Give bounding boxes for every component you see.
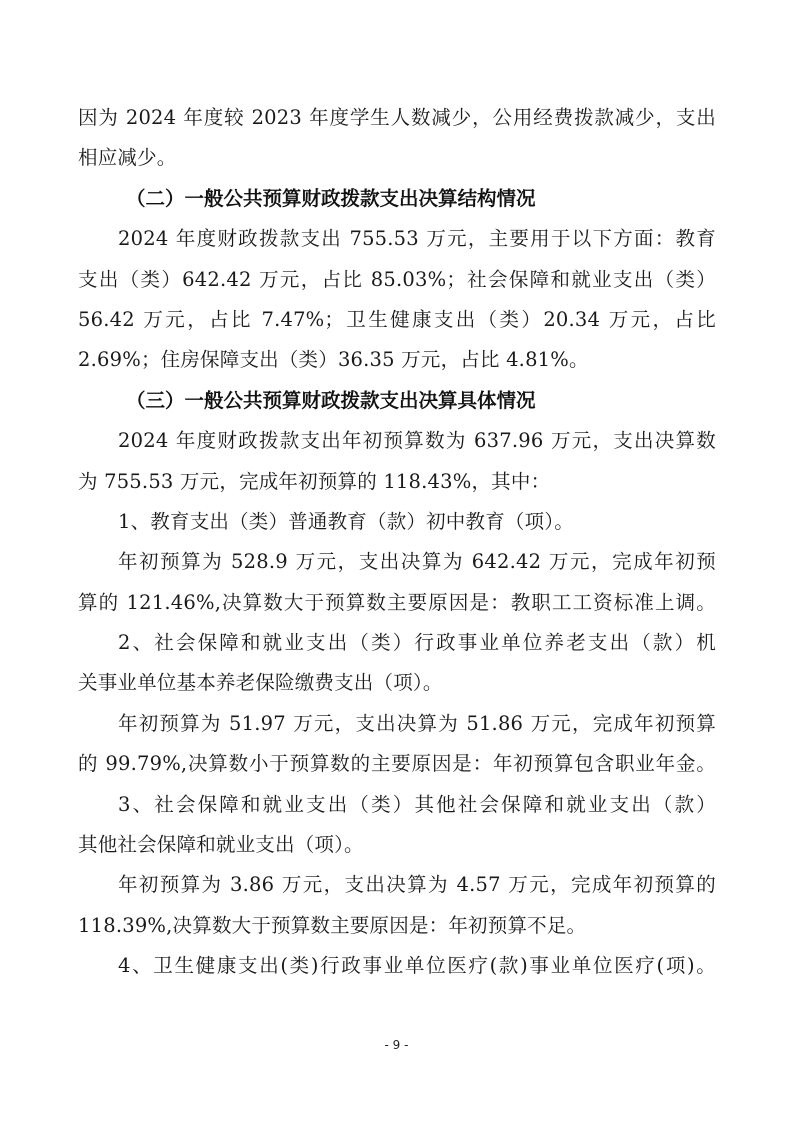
item-title: 2、社会保障和就业支出（类）行政事业单位养老支出（款）机 [78,623,716,663]
item-detail: 年初预算为 528.9 万元，支出决算为 642.42 万元，完成年初预 [78,542,716,582]
item-detail: 的 99.79%,决算数小于预算数的主要原因是：年初预算包含职业年金。 [78,744,716,784]
page-number: - 9 - [0,1038,793,1052]
paragraph-line: 因为 2024 年度较 2023 年度学生人数减少，公用经费拨款减少，支出 [78,98,716,138]
paragraph-line: 2024 年度财政拨款支出年初预算数为 637.96 万元，支出决算数 [78,421,716,461]
paragraph-line: 2024 年度财政拨款支出 755.53 万元，主要用于以下方面：教育 [78,219,716,259]
item-detail: 年初预算为 51.97 万元，支出决算为 51.86 万元，完成年初预算 [78,704,716,744]
item-title: 1、教育支出（类）普通教育（款）初中教育（项）。 [78,502,716,542]
item-title: 关事业单位基本养老保险缴费支出（项）。 [78,663,716,703]
item-title: 其他社会保障和就业支出（项）。 [78,825,716,865]
item-detail: 算的 121.46%,决算数大于预算数主要原因是：教职工工资标准上调。 [78,583,716,623]
section-heading-3: （三）一般公共预算财政拨款支出决算具体情况 [78,381,716,421]
document-page: 因为 2024 年度较 2023 年度学生人数减少，公用经费拨款减少，支出 相应… [78,98,716,987]
paragraph-line: 2.69%；住房保障支出（类）36.35 万元，占比 4.81%。 [78,340,716,380]
section-heading-2: （二）一般公共预算财政拨款支出决算结构情况 [78,179,716,219]
item-detail: 118.39%,决算数大于预算数主要原因是：年初预算不足。 [78,906,716,946]
item-title: 3、社会保障和就业支出（类）其他社会保障和就业支出（款） [78,785,716,825]
item-detail: 年初预算为 3.86 万元，支出决算为 4.57 万元，完成年初预算的 [78,865,716,905]
item-title: 4、卫生健康支出(类)行政事业单位医疗(款)事业单位医疗(项)。 [78,946,716,986]
paragraph-line: 56.42 万元，占比 7.47%；卫生健康支出（类）20.34 万元，占比 [78,300,716,340]
paragraph-line: 支出（类）642.42 万元，占比 85.03%；社会保障和就业支出（类） [78,260,716,300]
paragraph-line: 为 755.53 万元，完成年初预算的 118.43%，其中： [78,462,716,502]
paragraph-line: 相应减少。 [78,138,716,178]
